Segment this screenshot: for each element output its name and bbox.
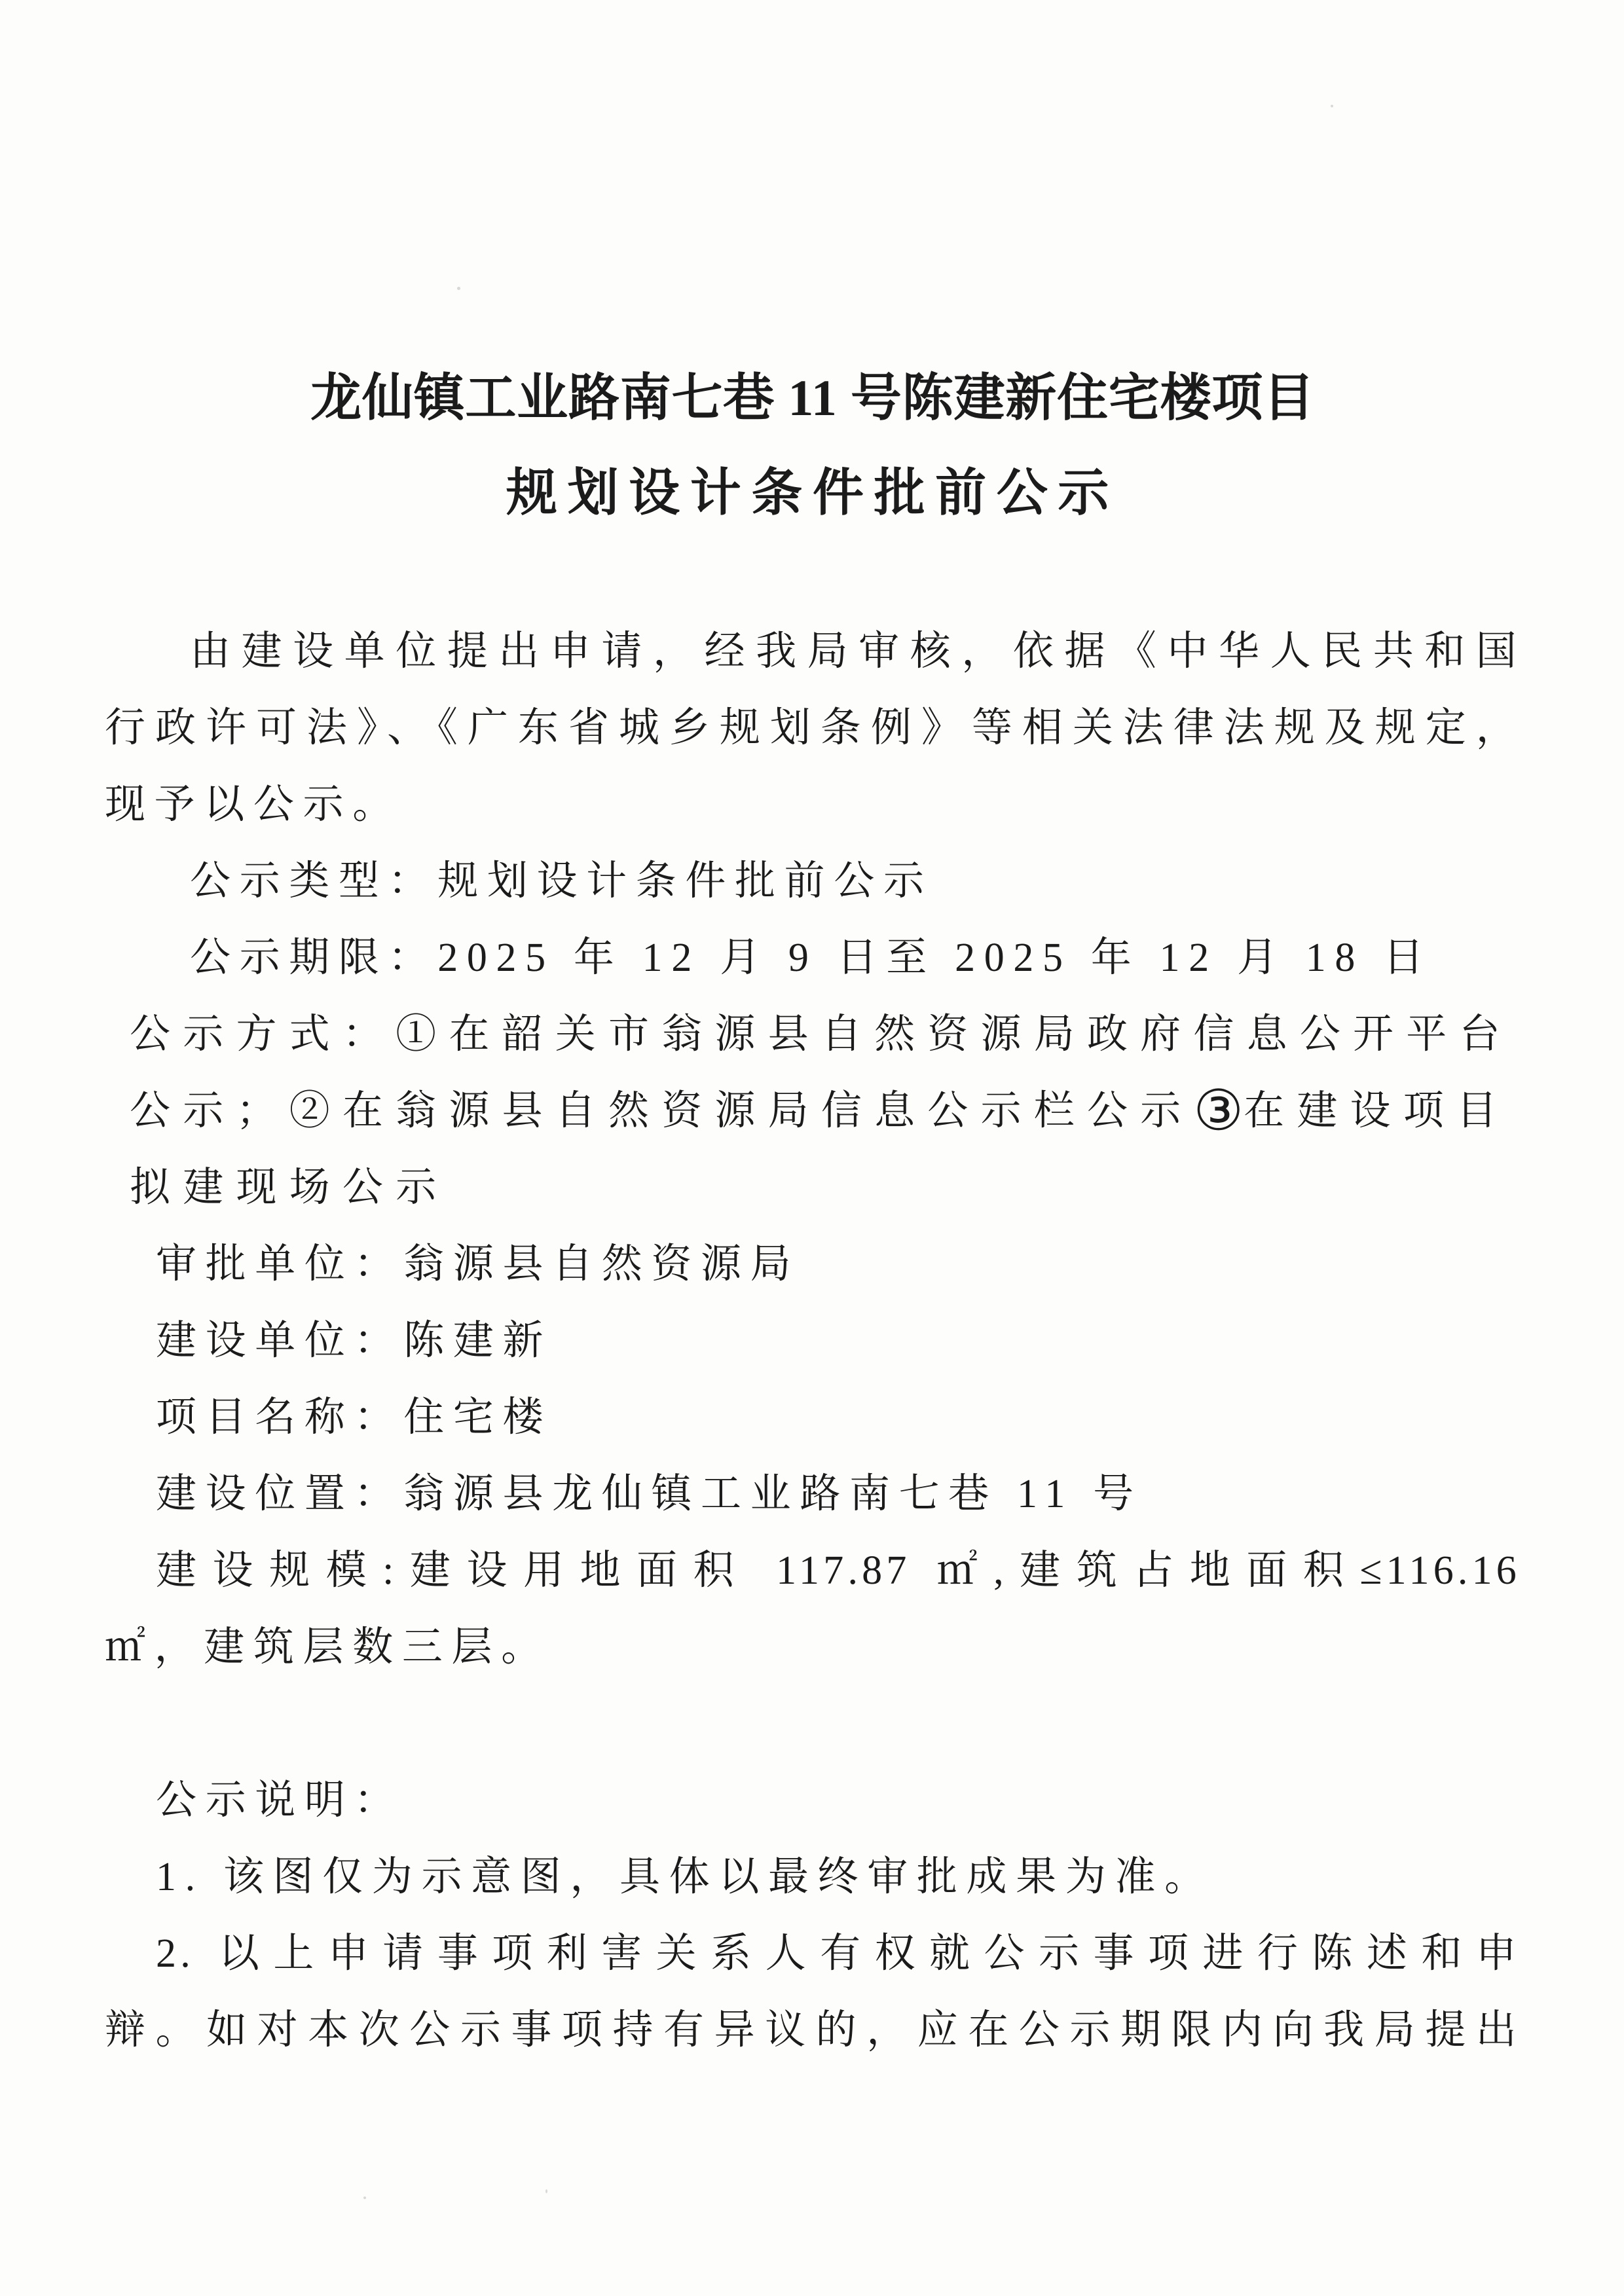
notes-heading-line: 公示说明：	[105, 1762, 1521, 1839]
method-line2-text: 公示；②在翁源县自然资源局信息公示栏公示	[130, 1089, 1193, 1133]
circled-three-glyph: ③	[1193, 1080, 1244, 1142]
scan-speck	[457, 287, 460, 290]
method-line2-tail: 在建设项目	[1244, 1089, 1509, 1133]
publicity-method-line-3: 拟建现场公示	[105, 1150, 1521, 1226]
note-2-line-1: 2. 以上申请事项利害关系人有权就公示事项进行陈述和申	[105, 1916, 1521, 1992]
note-1-line: 1. 该图仅为示意图，具体以最终审批成果为准。	[105, 1839, 1521, 1916]
project-name-line: 项目名称：住宅楼	[105, 1379, 1521, 1456]
publicity-method-line-1: 公示方式：①在韶关市翁源县自然资源局政府信息公开平台	[105, 996, 1521, 1073]
publicity-type-line: 公示类型：规划设计条件批前公示	[105, 843, 1521, 920]
publicity-period-line: 公示期限：2025 年 12 月 9 日至 2025 年 12 月 18 日	[105, 920, 1521, 996]
title-line-1: 龙仙镇工业路南七巷 11 号陈建新住宅楼项目	[105, 350, 1521, 445]
construction-location-line: 建设位置：翁源县龙仙镇工业路南七巷 11 号	[105, 1456, 1521, 1533]
intro-line-3: 现予以公示。	[105, 767, 1521, 843]
document-body: 由建设单位提出申请，经我局审核，依据《中华人民共和国 行政许可法》、《广东省城乡…	[105, 613, 1521, 2069]
scanned-notice-page: 龙仙镇工业路南七巷 11 号陈建新住宅楼项目 规划设计条件批前公示 由建设单位提…	[0, 0, 1624, 2296]
construction-scale-line-2: ㎡，建筑层数三层。	[105, 1609, 1521, 1686]
intro-line-2: 行政许可法》、《广东省城乡规划条例》等相关法律法规及规定，	[105, 690, 1521, 767]
approval-authority-line: 审批单位：翁源县自然资源局	[105, 1226, 1521, 1303]
publicity-method-line-2: 公示；②在翁源县自然资源局信息公示栏公示③在建设项目	[105, 1073, 1521, 1150]
note-2-line-2: 辩。如对本次公示事项持有异议的，应在公示期限内向我局提出	[105, 1992, 1521, 2069]
construction-unit-line: 建设单位：陈建新	[105, 1303, 1521, 1379]
document-content: 龙仙镇工业路南七巷 11 号陈建新住宅楼项目 规划设计条件批前公示 由建设单位提…	[105, 350, 1521, 2069]
scan-speck	[545, 2189, 547, 2193]
intro-line-1: 由建设单位提出申请，经我局审核，依据《中华人民共和国	[105, 613, 1521, 690]
construction-scale-line-1: 建设规模:建设用地面积 117.87 ㎡,建筑占地面积≤116.16	[105, 1533, 1521, 1609]
scan-speck	[1331, 105, 1333, 107]
title-line-2: 规划设计条件批前公示	[105, 445, 1521, 540]
scan-speck	[363, 2196, 366, 2199]
